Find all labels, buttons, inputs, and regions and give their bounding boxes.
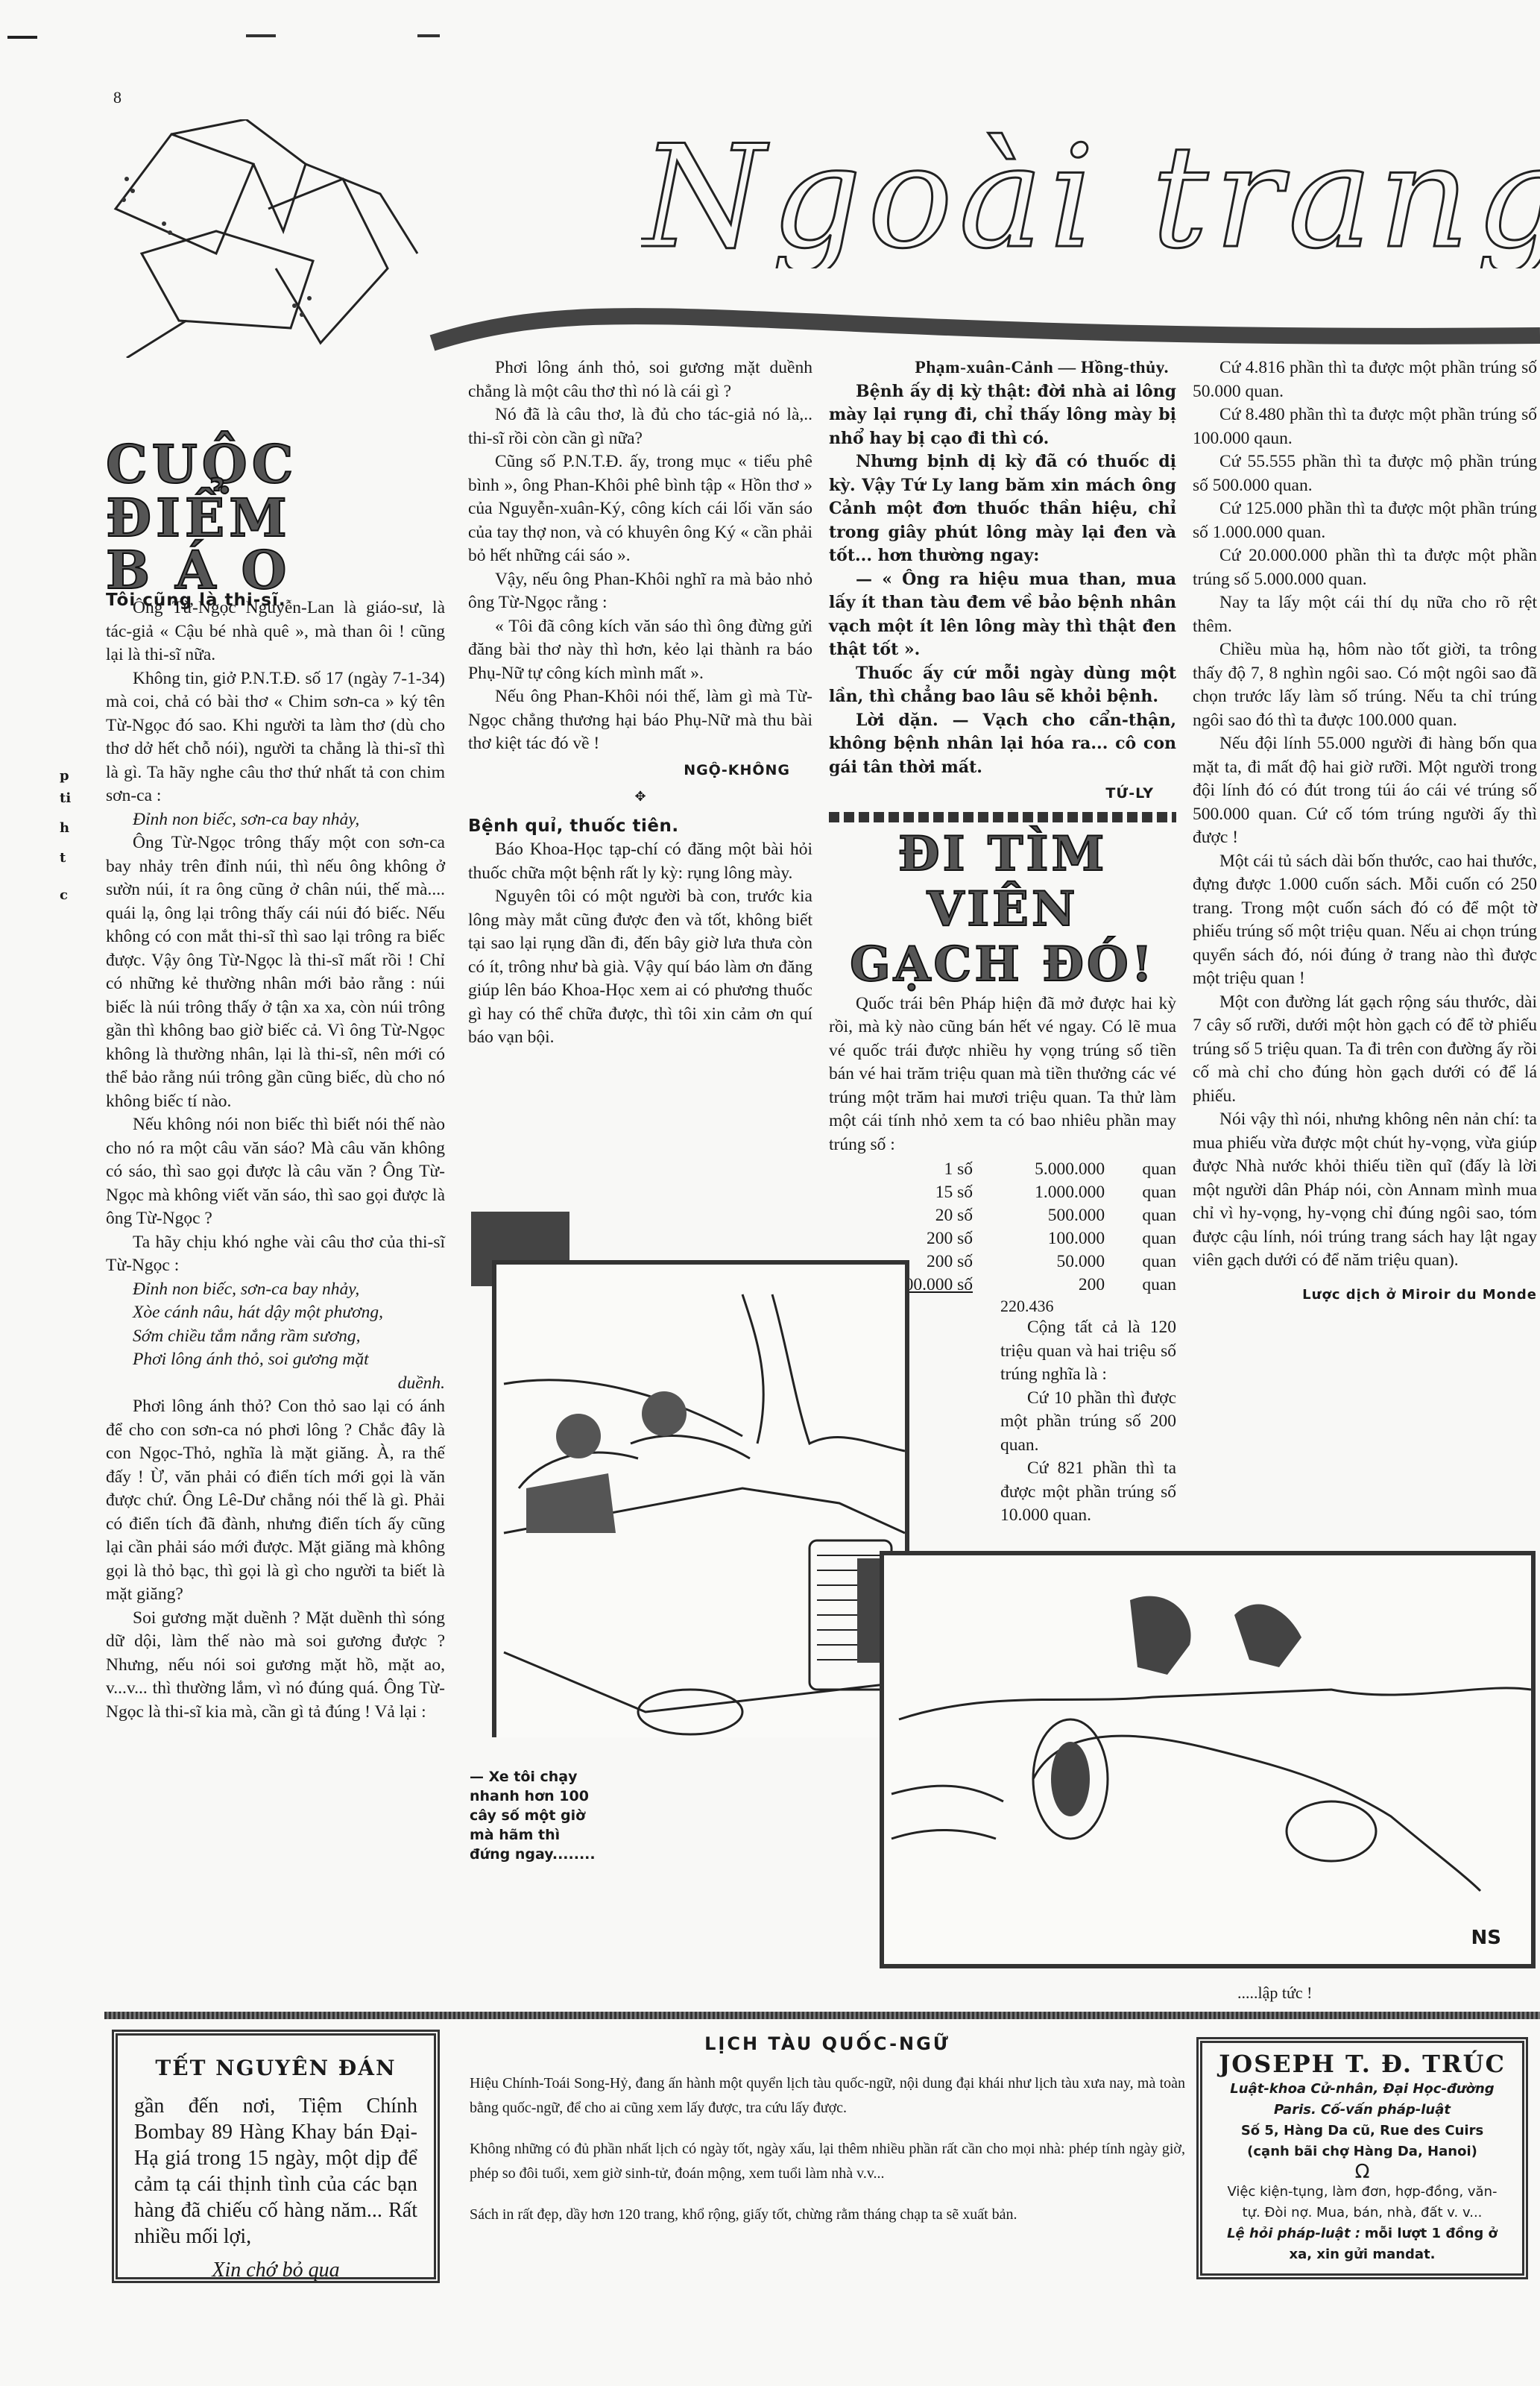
paragraph: Nếu ông Phan-Khôi nói thế, làm gì mà Từ-… <box>468 685 812 756</box>
paragraph: Ông Từ-Ngọc trông thấy một con sơn-ca ba… <box>106 831 445 1113</box>
paragraph: Ta hãy chịu khó nghe vài câu thơ của thi… <box>106 1231 445 1278</box>
paragraph: — « Ông ra hiệu mua than, mua lấy ít tha… <box>829 568 1176 662</box>
paragraph: Cứ 4.816 phần thì ta được một phần trúng… <box>1193 356 1537 403</box>
margin-fragment: h <box>60 820 69 836</box>
table-row: 1 số5.000.000quan <box>829 1158 1176 1181</box>
paragraph: Một cái tủ sách dài bốn thước, cao hai t… <box>1193 850 1537 991</box>
ad-services: Việc kiện-tụng, làm đơn, hợp-đồng, văn-t… <box>1219 2182 1506 2223</box>
paragraph: Quốc trái bên Pháp hiện đã mở được hai k… <box>829 992 1176 1157</box>
top-rule <box>7 36 37 39</box>
heading-diem: ĐIỂM <box>106 492 291 544</box>
ad-paragraph: Không những có đủ phần nhất lịch có ngày… <box>470 2137 1185 2186</box>
ornament-icon: Ω <box>1219 2162 1506 2182</box>
paragraph: Nguyên tôi có một người bà con, trước ki… <box>468 885 812 1050</box>
paragraph: Nhưng bịnh dị kỳ đã có thuốc dị kỳ. Vậy … <box>829 450 1176 568</box>
table-row: 20 số500.000quan <box>829 1204 1176 1227</box>
ad-title: JOSEPH T. Đ. TRÚC <box>1219 2053 1506 2074</box>
paragraph: Cứ 821 phần thì ta được một phần trúng s… <box>1000 1457 1176 1528</box>
cartoon-panel-crash: NS <box>880 1551 1536 1968</box>
paragraph: Vậy, nếu ông Phan-Khôi nghĩ ra mà bảo nh… <box>468 568 812 615</box>
poem-line: Xòe cánh nâu, hát dậy một phương, <box>133 1301 445 1325</box>
paragraph: Cứ 55.555 phần thì ta được mộ phần trúng… <box>1193 450 1537 497</box>
ad-slogan: Xin chớ bỏ qua <box>134 2257 417 2283</box>
margin-fragment: ti <box>60 790 71 806</box>
ad-paragraph: Hiệu Chính-Toái Song-Hỷ, đang ấn hành mộ… <box>470 2071 1185 2121</box>
reply-block: Bệnh ấy dị kỳ thật: đời nhà ai lông mày … <box>829 380 1176 780</box>
poem-line: Đỉnh non biếc, sơn-ca bay nhảy, <box>106 808 445 832</box>
cartoon-panel-car <box>492 1260 909 1737</box>
poem: Đỉnh non biếc, sơn-ca bay nhảy, Xòe cánh… <box>106 1278 445 1396</box>
signature: TỨ-LY <box>829 782 1176 806</box>
paragraph: Lời dặn. — Vạch cho cẩn-thận, không bệnh… <box>829 709 1176 780</box>
margin-fragment: t <box>60 850 66 866</box>
ad-title: TẾT NGUYÊN ĐÁN <box>134 2055 417 2081</box>
cartoon-caption-1: — Xe tôi chạy nhanh hơn 100 cây số một g… <box>470 1767 604 1864</box>
heading-cuoc: CUỘC <box>106 438 297 491</box>
paragraph: Cứ 10 phần thì được một phần trúng số 20… <box>1000 1387 1176 1458</box>
poem-line: Phơi lông ánh thỏ, soi gương mặt <box>133 1348 445 1372</box>
paragraph: Chiều mùa hạ, hôm nào tốt giời, ta trông… <box>1193 638 1537 732</box>
column-1: Ông Từ-Ngọc Nguyễn-Lan là giáo-sư, là tá… <box>106 596 445 1724</box>
ad-lawyer: JOSEPH T. Đ. TRÚC Luật-khoa Cử-nhân, Đại… <box>1196 2037 1528 2279</box>
article2-subhead: Bệnh quỉ, thuốc tiên. <box>468 815 812 839</box>
column-4: Cứ 4.816 phần thì ta được một phần trúng… <box>1193 356 1537 1309</box>
ad-body: gần đến nơi, Tiệm Chính Bombay 89 Hàng K… <box>134 2093 417 2250</box>
ad-tet-nguyen-dan: TẾT NGUYÊN ĐÁN gần đến nơi, Tiệm Chính B… <box>112 2030 440 2283</box>
table-row: 200 số100.000quan <box>829 1227 1176 1250</box>
paragraph: Cứ 20.000.000 phần thì ta được một phần … <box>1193 544 1537 591</box>
poem-line: Sớm chiều tắm nắng rầm sương, <box>133 1325 445 1349</box>
ad-lich-tau: LỊCH TÀU QUỐC-NGỮ Hiệu Chính-Toái Song-H… <box>470 2032 1185 2244</box>
ad-fee-label: Lệ hỏi pháp-luật : <box>1227 2226 1360 2241</box>
paragraph: « Tôi đã công kích văn sáo thì ông đừng … <box>468 615 812 686</box>
heading-line: ĐI TÌM VIÊN <box>829 827 1176 937</box>
letter-byline: Phạm-xuân-Cảnh — Hồng-thủy. <box>829 356 1176 380</box>
heading-line: GẠCH ĐÓ! <box>829 937 1176 992</box>
paragraph: Cũng số P.N.T.Đ. ấy, trong mục « tiểu ph… <box>468 450 812 568</box>
paragraph: Nếu đội lính 55.000 người đi hàng bốn qu… <box>1193 732 1537 850</box>
poem-line: Đỉnh non biếc, sơn-ca bay nhảy, <box>133 1278 445 1302</box>
ad-address: Số 5, Hàng Da cũ, Rue des Cuirs (cạnh bã… <box>1219 2121 1506 2162</box>
table-row: 15 số1.000.000quan <box>829 1181 1176 1204</box>
page-number: 8 <box>113 88 122 107</box>
artist-signature: NS <box>1471 1927 1502 1949</box>
cartoon-caption-2: .....lập tức ! <box>1237 1983 1313 2003</box>
top-dash <box>246 34 276 37</box>
paragraph: Soi gương mặt duềnh ? Mặt duềnh thì sóng… <box>106 1607 445 1725</box>
margin-fragment: p <box>60 768 69 784</box>
poem-line: duềnh. <box>133 1372 445 1396</box>
car-drawing-icon <box>496 1265 905 1737</box>
column-2: Phơi lông ánh thỏ, soi gương mặt duềnh c… <box>468 356 812 1050</box>
paragraph: Nó đã là câu thơ, là đủ cho tác-giả nó l… <box>468 403 812 450</box>
heading-bao: BÁO <box>106 544 312 596</box>
paragraph: Bệnh ấy dị kỳ thật: đời nhà ai lông mày … <box>829 380 1176 451</box>
paragraph: Một con đường lát gạch rộng sáu thước, d… <box>1193 991 1537 1109</box>
margin-fragment: c <box>60 887 68 903</box>
ad-credential: Luật-khoa Cử-nhân, Đại Học-đường Paris. … <box>1219 2079 1506 2121</box>
paragraph: Nay ta lấy một cái thí dụ nữa cho rõ rệt… <box>1193 591 1537 638</box>
section-title-script: Ngoài trang <box>641 127 1540 268</box>
paragraph: Cộng tất cả là 120 triệu quan và hai tri… <box>1000 1316 1176 1387</box>
ad-title: LỊCH TÀU QUỐC-NGỮ <box>470 2032 1185 2056</box>
ads-separator <box>104 2012 1540 2019</box>
paragraph: Cứ 8.480 phần thì ta được một phần trúng… <box>1193 403 1537 450</box>
source-credit: Lược dịch ở Miroir du Monde <box>1193 1283 1537 1307</box>
paragraph: Báo Khoa-Học tạp-chí có đăng một bài hỏi… <box>468 838 812 885</box>
paragraph: Phơi lông ánh thỏ? Con thỏ sao lại có án… <box>106 1395 445 1607</box>
paragraph: Nếu không nói non biếc thì biết nói thế … <box>106 1113 445 1231</box>
signature: NGỘ-KHÔNG <box>468 759 812 783</box>
paragraph: Cứ 125.000 phần thì ta được một phần trú… <box>1193 497 1537 544</box>
top-dash <box>417 34 440 37</box>
ornament-icon: ✥ <box>468 785 812 809</box>
paragraph: Ông Từ-Ngọc Nguyễn-Lan là giáo-sư, là tá… <box>106 596 445 667</box>
paragraph: Không tin, giở P.N.T.Đ. số 17 (ngày 7-1-… <box>106 667 445 808</box>
ad-paragraph: Sách in rất đẹp, dầy hơn 120 trang, khổ … <box>470 2203 1185 2227</box>
article3-heading: ĐI TÌM VIÊN GẠCH ĐÓ! <box>829 827 1176 992</box>
paragraph: Nói vậy thì nói, nhưng không nên nản chí… <box>1193 1108 1537 1273</box>
decorative-divider <box>829 812 1176 822</box>
paragraph: Thuốc ấy cứ mỗi ngày dùng một lần, thì c… <box>829 662 1176 709</box>
crash-drawing-icon <box>884 1555 1531 1964</box>
paragraph: Phơi lông ánh thỏ, soi gương mặt duềnh c… <box>468 356 812 403</box>
